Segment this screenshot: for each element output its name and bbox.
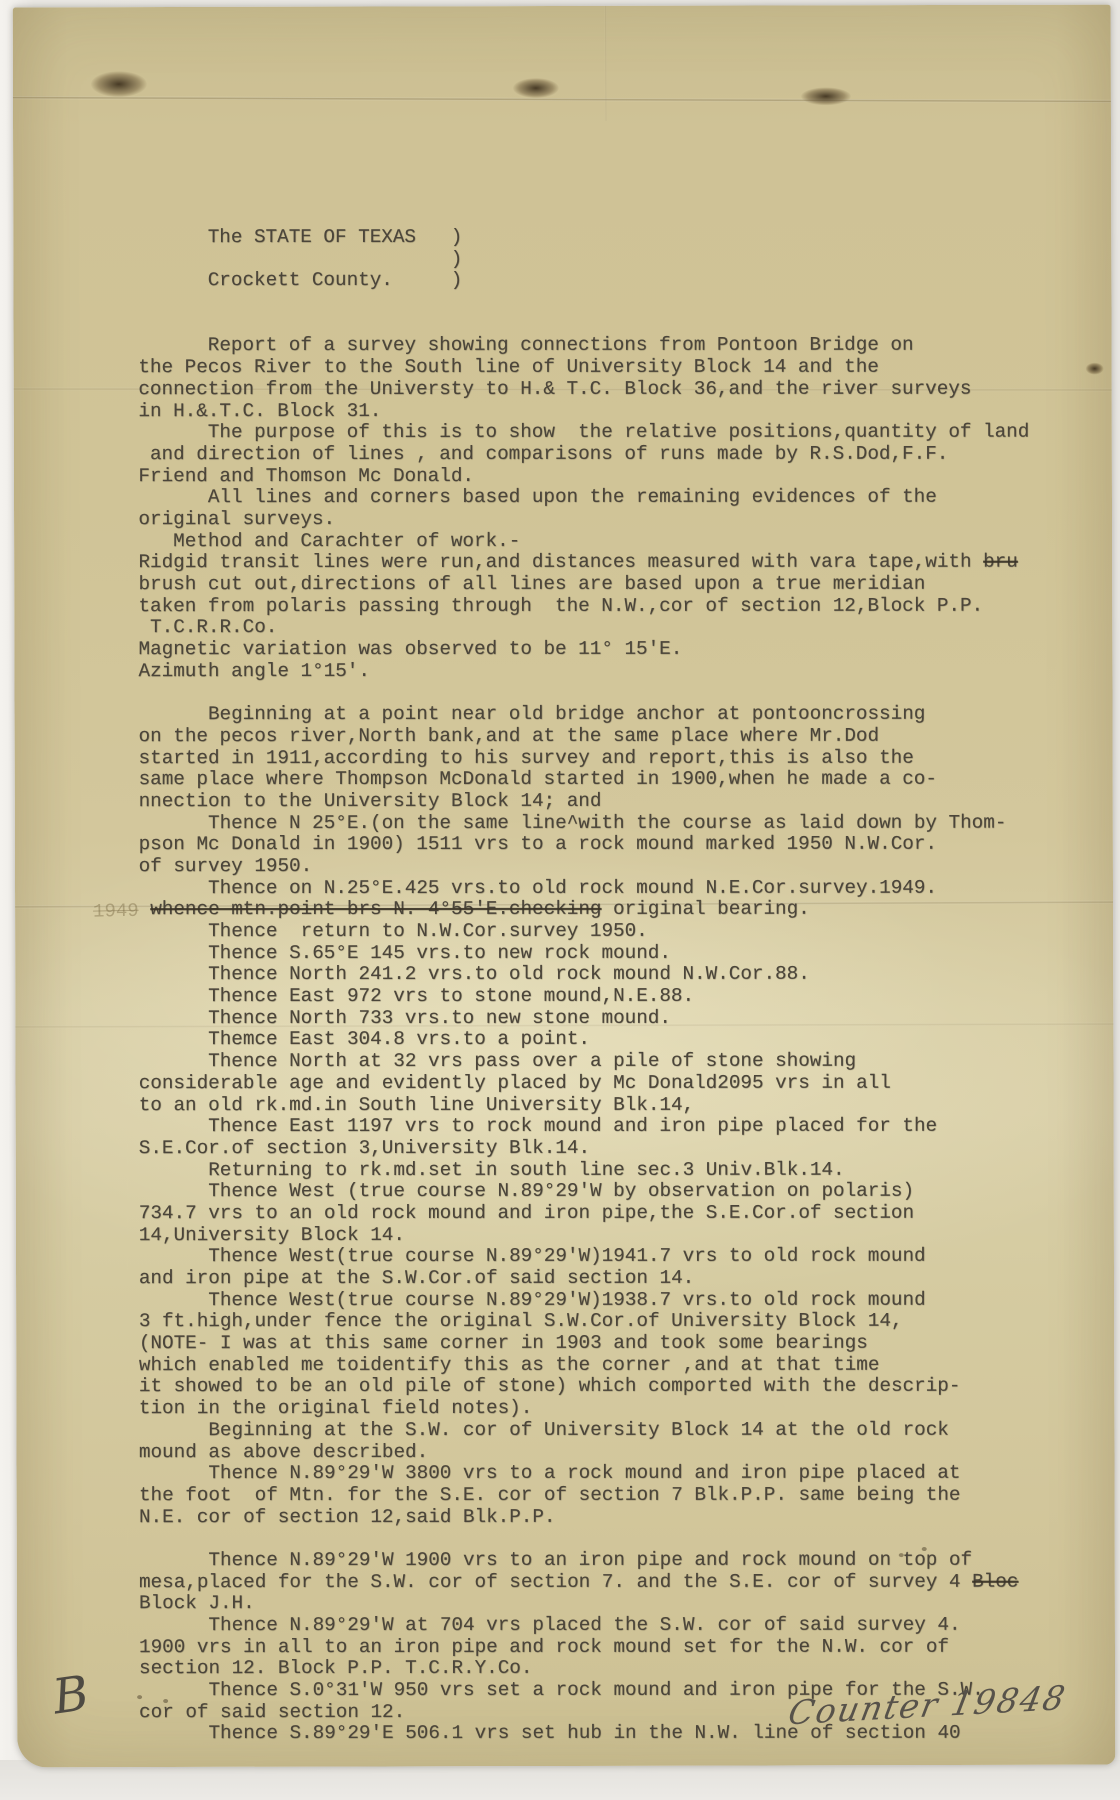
document-line: Thence N.89°29'W 3800 vrs to a rock moun…	[139, 1463, 1030, 1485]
document-line	[139, 1528, 1030, 1550]
document-line: 3 ft.high,under fence the original S.W.C…	[139, 1311, 1030, 1333]
text-segment: Ridgid transit lines were run,and distan…	[138, 551, 983, 573]
document-line: same place where Thompson McDonald start…	[139, 769, 1030, 791]
document-line: S.E.Cor.of section 3,University Blk.14.	[139, 1138, 1030, 1160]
wear-mark	[513, 78, 559, 98]
document-line: Thence S.65°E 145 vrs.to new rock mound.	[139, 942, 1030, 964]
document-line: Thence West (true course N.89°29'W by ob…	[139, 1181, 1030, 1203]
document-line: taken from polaris passing through the N…	[138, 595, 1029, 617]
document-line: of survey 1950.	[139, 856, 1030, 878]
document-line: Thence N.89°29'W at 704 vrs placed the S…	[139, 1615, 1030, 1637]
document-line: tion in the original field notes).	[139, 1398, 1030, 1420]
document-line: in H.&.T.C. Block 31.	[138, 400, 1029, 422]
document-line: Ridgid transit lines were run,and distan…	[138, 552, 1029, 574]
document-line: N.E. cor of section 12,said Blk.P.P.	[139, 1506, 1030, 1528]
document-line: the foot of Mtn. for the S.E. cor of sec…	[139, 1485, 1030, 1507]
document-line: brush cut out,directions of all lines ar…	[138, 574, 1029, 596]
document-line: original surveys.	[138, 509, 1029, 531]
document-line: section 12. Block P.P. T.C.R.Y.Co.	[139, 1658, 1030, 1680]
handwritten-corner-mark: B	[49, 1665, 92, 1725]
document-line: The STATE OF TEXAS )	[138, 227, 1029, 249]
document-line: Crockett County. )	[138, 270, 1029, 292]
document-line: the Pecos River to the South line of Uni…	[138, 357, 1029, 379]
document-line: Thence return to N.W.Cor.survey 1950.	[139, 921, 1030, 943]
document-line: Beginning at the S.W. cor of University …	[139, 1419, 1030, 1441]
document-line: 14,University Block 14.	[139, 1224, 1030, 1246]
document-line: Thence West(true course N.89°29'W)1938.7…	[139, 1289, 1030, 1311]
struck-text: Bloc	[972, 1570, 1018, 1592]
document-line: nnection to the University Block 14; and	[139, 791, 1030, 813]
document-line: Thence East 1197 vrs to rock mound and i…	[139, 1116, 1030, 1138]
document-line: Thence S.89°29'E 506.1 vrs set hub in th…	[139, 1723, 1030, 1745]
struck-text: bru	[983, 551, 1018, 573]
document-line	[138, 292, 1029, 314]
document-line: Friend and Thomson Mc Donald.	[138, 465, 1029, 487]
document-line: whence mtn.point brs N. 4°55'E.checking …	[139, 899, 1030, 921]
document-line: which enabled me toidentify this as the …	[139, 1354, 1030, 1376]
document-line	[138, 313, 1029, 335]
document-line: 734.7 vrs to an old rock mound and iron …	[139, 1203, 1030, 1225]
document-line: started in 1911,according to his survey …	[139, 747, 1030, 769]
margin-year-annotation: 1949	[93, 900, 139, 923]
document-line: mound as above described.	[139, 1441, 1030, 1463]
wear-mark	[91, 71, 147, 97]
document-line: and direction of lines , and comparisons…	[138, 444, 1029, 466]
text-segment: original bearing.	[601, 898, 809, 920]
document-line: Magnetic variation was observed to be 11…	[138, 639, 1029, 661]
wear-mark	[801, 87, 851, 105]
struck-text: whence mtn.point brs N. 4°55'E.checking	[150, 898, 601, 920]
document-line: on the pecos river,North bank,and at the…	[139, 725, 1030, 747]
document-line: Beginning at a point near old bridge anc…	[139, 704, 1030, 726]
document-line: considerable age and evidently placed by…	[139, 1072, 1030, 1094]
document-line	[139, 682, 1030, 704]
document-line: Themce East 304.8 vrs.to a point.	[139, 1029, 1030, 1051]
typed-lines: The STATE OF TEXAS ) ) Crockett County. …	[138, 227, 1030, 1746]
edge-nick	[1086, 363, 1104, 375]
text-segment	[139, 898, 151, 920]
fold-crease-top	[13, 96, 1111, 103]
document-line: (NOTE- I was at this same corner in 1903…	[139, 1333, 1030, 1355]
document-line: Report of a survey showing connections f…	[138, 335, 1029, 357]
document-line: Azimuth angle 1°15'.	[139, 660, 1030, 682]
text-segment: mesa,placed for the S.W. cor of section …	[139, 1570, 972, 1592]
document-line: Thence N 25°E.(on the same line^with the…	[139, 812, 1030, 834]
document-line: The purpose of this is to show the relat…	[138, 422, 1029, 444]
document-line: Thence West(true course N.89°29'W)1941.7…	[139, 1246, 1030, 1268]
document-line: it showed to be an old pile of stone) wh…	[139, 1376, 1030, 1398]
document-paper: The STATE OF TEXAS ) ) Crockett County. …	[13, 5, 1116, 1768]
document-line: Thence North 733 vrs.to new stone mound.	[139, 1007, 1030, 1029]
document-line: All lines and corners based upon the rem…	[138, 487, 1029, 509]
document-line: Thence East 972 vrs to stone mound,N.E.8…	[139, 986, 1030, 1008]
photograph-of-document: { "document": { "kind": "typewritten-sur…	[0, 0, 1120, 1800]
document-line: mesa,placed for the S.W. cor of section …	[139, 1571, 1030, 1593]
document-line: pson Mc Donald in 1900) 1511 vrs to a ro…	[139, 834, 1030, 856]
document-line: Returning to rk.md.set in south line sec…	[139, 1159, 1030, 1181]
document-line: T.C.R.R.Co.	[138, 617, 1029, 639]
document-line: to an old rk.md.in South line University…	[139, 1094, 1030, 1116]
document-line: Method and Carachter of work.-	[138, 530, 1029, 552]
document-line: 1900 vrs in all to an iron pipe and rock…	[139, 1636, 1030, 1658]
document-line: )	[138, 248, 1029, 270]
document-line: Block J.H.	[139, 1593, 1030, 1615]
document-line: Thence on N.25°E.425 vrs.to old rock mou…	[139, 877, 1030, 899]
document-line: Thence North at 32 vrs pass over a pile …	[139, 1051, 1030, 1073]
document-line: Thence North 241.2 vrs.to old rock mound…	[139, 964, 1030, 986]
document-line: and iron pipe at the S.W.Cor.of said sec…	[139, 1268, 1030, 1290]
document-line: connection from the Universty to H.& T.C…	[138, 378, 1029, 400]
document-line: Thence N.89°29'W 1900 vrs to an iron pip…	[139, 1550, 1030, 1572]
fold-crease-vertical	[605, 6, 607, 121]
